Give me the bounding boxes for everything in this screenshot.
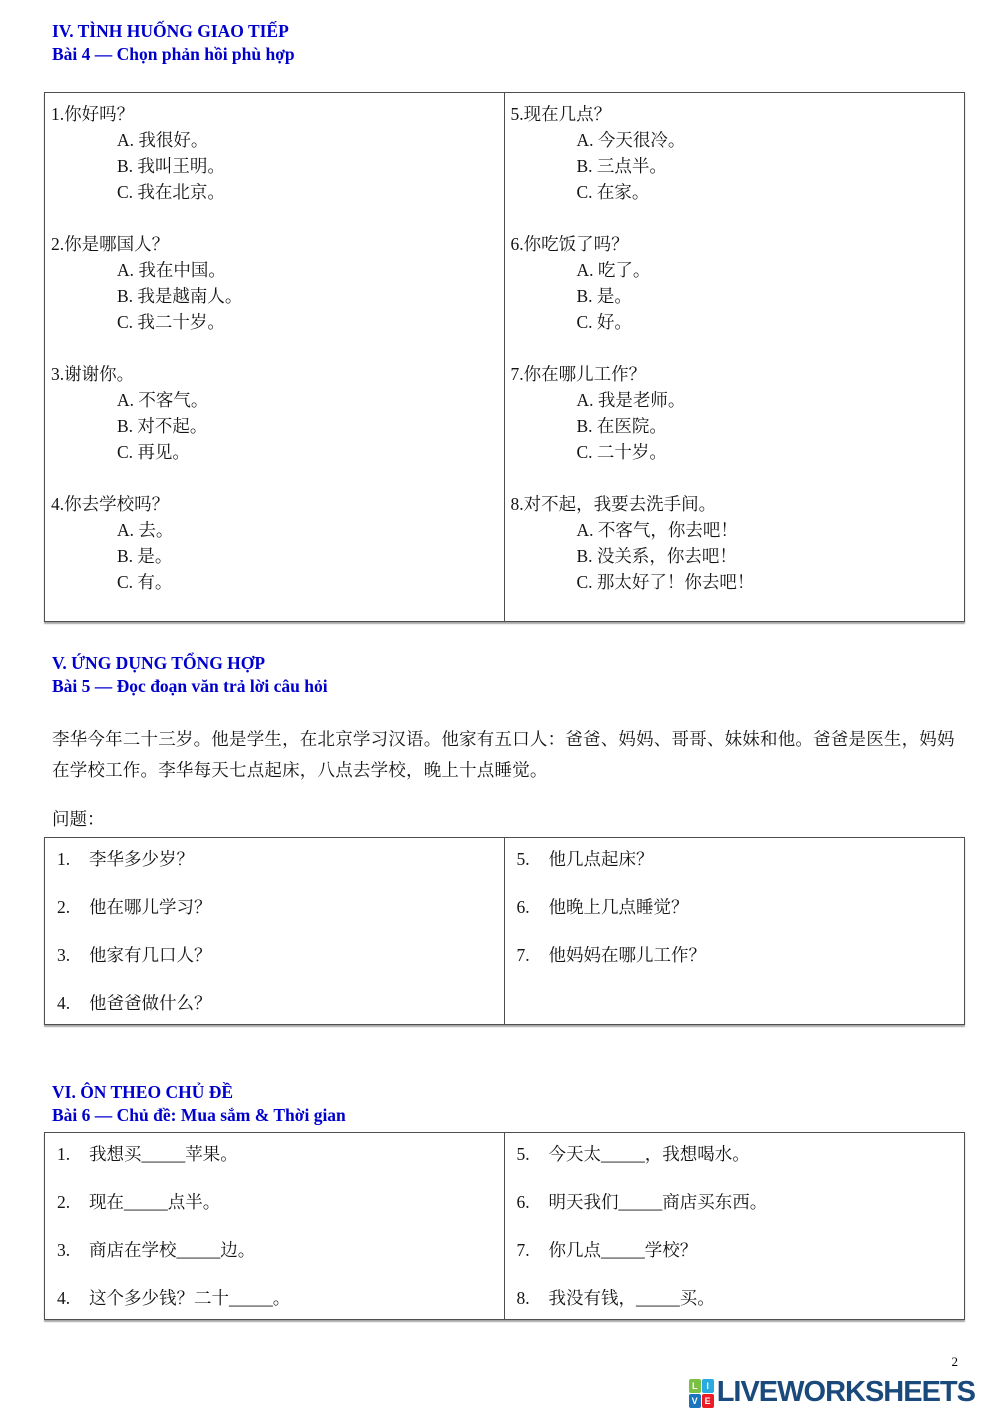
fill-item-7: 7. 你几点_____学校？: [511, 1237, 955, 1263]
question-item-6: 6. 他晚上几点睡觉？: [511, 894, 955, 920]
fill-item-6: 6. 明天我们_____商店买东西。: [511, 1189, 955, 1215]
question-text: 他妈妈在哪儿工作？: [549, 942, 707, 968]
question-text: 他家有几口人？: [89, 942, 212, 968]
reading-passage: 李华今年二十三岁。他是学生，在北京学习汉语。他家有五口人：爸爸、妈妈、哥哥、妹妹…: [52, 724, 970, 786]
option-b: B. 是。: [511, 283, 955, 309]
section5-header: V. ỨNG DỤNG TỔNG HỢP Bài 5 — Đọc đoạn vă…: [52, 652, 965, 698]
question-number: 5.: [511, 1141, 549, 1167]
option-a: A. 我在中国。: [51, 257, 494, 283]
question-text: 7.你在哪儿工作？: [511, 361, 955, 387]
question-number: 6.: [511, 1189, 549, 1215]
section6-title: VI. ÔN THEO CHỦ ĐỀ: [52, 1081, 965, 1104]
question-item-3: 3. 他家有几口人？: [51, 942, 494, 968]
question-item-7: 7. 他妈妈在哪儿工作？: [511, 942, 955, 968]
question-text: 3.谢谢你。: [51, 361, 494, 387]
question-number: 3.: [51, 942, 89, 968]
section4-title: IV. TÌNH HUỐNG GIAO TIẾP: [52, 20, 965, 43]
section6-header: VI. ÔN THEO CHỦ ĐỀ Bài 6 — Chủ đề: Mua s…: [52, 1081, 965, 1127]
question-text: 他几点起床？: [549, 846, 654, 872]
fill-blank-text: 今天太_____，我想喝水。: [549, 1141, 750, 1167]
question-number: 8.: [511, 1285, 549, 1311]
question-text: 2.你是哪国人？: [51, 231, 494, 257]
worksheet-page: IV. TÌNH HUỐNG GIAO TIẾP Bài 4 — Chọn ph…: [0, 0, 1000, 1320]
fill-blank-text: 这个多少钱？二十_____。: [89, 1285, 290, 1311]
option-c: C. 二十岁。: [511, 439, 955, 465]
fill-item-4: 4. 这个多少钱？二十_____。: [51, 1285, 494, 1311]
mc-question-8: 8.对不起，我要去洗手间。 A. 不客气，你去吧！ B. 没关系，你去吧！ C.…: [511, 491, 955, 595]
option-c: C. 再见。: [51, 439, 494, 465]
option-b: B. 我叫王明。: [51, 153, 494, 179]
mc-question-5: 5.现在几点？ A. 今天很冷。 B. 三点半。 C. 在家。: [511, 101, 955, 205]
question-number: 7.: [511, 1237, 549, 1263]
fill-item-2: 2. 现在_____点半。: [51, 1189, 494, 1215]
option-c: C. 那太好了！你去吧！: [511, 569, 955, 595]
logo-square-i: I: [702, 1379, 714, 1393]
mc-question-4: 4.你去学校吗？ A. 去。 B. 是。 C. 有。: [51, 491, 494, 595]
liveworksheets-logo: L I V E LIVEWORKSHEETS: [689, 1376, 975, 1409]
question-text: 6.你吃饭了吗？: [511, 231, 955, 257]
option-c: C. 有。: [51, 569, 494, 595]
logo-square-v: V: [689, 1394, 701, 1408]
section4-header: IV. TÌNH HUỐNG GIAO TIẾP Bài 4 — Chọn ph…: [52, 20, 965, 66]
question-text: 1.你好吗？: [51, 101, 494, 127]
option-a: A. 吃了。: [511, 257, 955, 283]
option-b: B. 在医院。: [511, 413, 955, 439]
mc-question-6: 6.你吃饭了吗？ A. 吃了。 B. 是。 C. 好。: [511, 231, 955, 335]
question-number: 1.: [51, 846, 89, 872]
bai5-table: 1. 李华多少岁？ 2. 他在哪儿学习？ 3. 他家有几口人？ 4. 他爸爸做什…: [44, 837, 965, 1025]
bai4-table: 1.你好吗？ A. 我很好。 B. 我叫王明。 C. 我在北京。 2.你是哪国人…: [44, 92, 965, 622]
question-text: 8.对不起，我要去洗手间。: [511, 491, 955, 517]
question-text: 4.你去学校吗？: [51, 491, 494, 517]
bai6-right-column: 5. 今天太_____，我想喝水。 6. 明天我们_____商店买东西。 7. …: [505, 1133, 965, 1319]
fill-blank-text: 我想买_____苹果。: [89, 1141, 238, 1167]
option-b: B. 对不起。: [51, 413, 494, 439]
question-text: 他爸爸做什么？: [89, 990, 212, 1016]
option-a: A. 不客气。: [51, 387, 494, 413]
question-number: 6.: [511, 894, 549, 920]
bai4-left-column: 1.你好吗？ A. 我很好。 B. 我叫王明。 C. 我在北京。 2.你是哪国人…: [45, 93, 505, 621]
section5-subtitle: Bài 5 — Đọc đoạn văn trả lời câu hỏi: [52, 675, 965, 698]
page-number: 2: [952, 1354, 959, 1370]
fill-item-8: 8. 我没有钱，_____买。: [511, 1285, 955, 1311]
option-c: C. 我在北京。: [51, 179, 494, 205]
question-text: 李华多少岁？: [89, 846, 194, 872]
question-item-4: 4. 他爸爸做什么？: [51, 990, 494, 1016]
question-number: 2.: [51, 894, 89, 920]
option-c: C. 在家。: [511, 179, 955, 205]
mc-question-1: 1.你好吗？ A. 我很好。 B. 我叫王明。 C. 我在北京。: [51, 101, 494, 205]
question-item-2: 2. 他在哪儿学习？: [51, 894, 494, 920]
fill-blank-text: 你几点_____学校？: [549, 1237, 698, 1263]
logo-square-l: L: [689, 1379, 701, 1393]
fill-item-5: 5. 今天太_____，我想喝水。: [511, 1141, 955, 1167]
fill-blank-text: 我没有钱，_____买。: [549, 1285, 715, 1311]
option-a: A. 不客气，你去吧！: [511, 517, 955, 543]
question-number: 2.: [51, 1189, 89, 1215]
logo-square-e: E: [702, 1394, 714, 1408]
bai6-left-column: 1. 我想买_____苹果。 2. 现在_____点半。 3. 商店在学校___…: [45, 1133, 505, 1319]
brand-name: LIVEWORKSHEETS: [717, 1376, 975, 1409]
mc-question-7: 7.你在哪儿工作？ A. 我是老师。 B. 在医院。 C. 二十岁。: [511, 361, 955, 465]
question-item-1: 1. 李华多少岁？: [51, 846, 494, 872]
question-text: 5.现在几点？: [511, 101, 955, 127]
question-number: 7.: [511, 942, 549, 968]
question-item-5: 5. 他几点起床？: [511, 846, 955, 872]
option-b: B. 没关系，你去吧！: [511, 543, 955, 569]
option-b: B. 三点半。: [511, 153, 955, 179]
fill-blank-text: 现在_____点半。: [89, 1189, 220, 1215]
option-b: B. 我是越南人。: [51, 283, 494, 309]
question-text: 他晚上几点睡觉？: [549, 894, 689, 920]
fill-blank-text: 明天我们_____商店买东西。: [549, 1189, 768, 1215]
section5-title: V. ỨNG DỤNG TỔNG HỢP: [52, 652, 965, 675]
option-c: C. 我二十岁。: [51, 309, 494, 335]
bai5-left-column: 1. 李华多少岁？ 2. 他在哪儿学习？ 3. 他家有几口人？ 4. 他爸爸做什…: [45, 838, 505, 1024]
question-number: 4.: [51, 1285, 89, 1311]
section4-subtitle: Bài 4 — Chọn phản hồi phù hợp: [52, 43, 965, 66]
option-a: A. 今天很冷。: [511, 127, 955, 153]
option-a: A. 我很好。: [51, 127, 494, 153]
mc-question-2: 2.你是哪国人？ A. 我在中国。 B. 我是越南人。 C. 我二十岁。: [51, 231, 494, 335]
fill-blank-text: 商店在学校_____边。: [89, 1237, 255, 1263]
questions-label: 问题：: [52, 806, 965, 832]
question-number: 3.: [51, 1237, 89, 1263]
option-a: A. 我是老师。: [511, 387, 955, 413]
option-c: C. 好。: [511, 309, 955, 335]
section6-subtitle: Bài 6 — Chủ đề: Mua sắm & Thời gian: [52, 1104, 965, 1127]
question-text: 他在哪儿学习？: [89, 894, 212, 920]
mc-question-3: 3.谢谢你。 A. 不客气。 B. 对不起。 C. 再见。: [51, 361, 494, 465]
option-b: B. 是。: [51, 543, 494, 569]
bai5-right-column: 5. 他几点起床？ 6. 他晚上几点睡觉？ 7. 他妈妈在哪儿工作？: [505, 838, 965, 1024]
liveworksheets-logo-icon: L I V E: [689, 1379, 714, 1408]
bai6-table: 1. 我想买_____苹果。 2. 现在_____点半。 3. 商店在学校___…: [44, 1132, 965, 1320]
bai4-right-column: 5.现在几点？ A. 今天很冷。 B. 三点半。 C. 在家。 6.你吃饭了吗？…: [505, 93, 965, 621]
question-number: 1.: [51, 1141, 89, 1167]
option-a: A. 去。: [51, 517, 494, 543]
fill-item-1: 1. 我想买_____苹果。: [51, 1141, 494, 1167]
question-number: 4.: [51, 990, 89, 1016]
fill-item-3: 3. 商店在学校_____边。: [51, 1237, 494, 1263]
question-number: 5.: [511, 846, 549, 872]
